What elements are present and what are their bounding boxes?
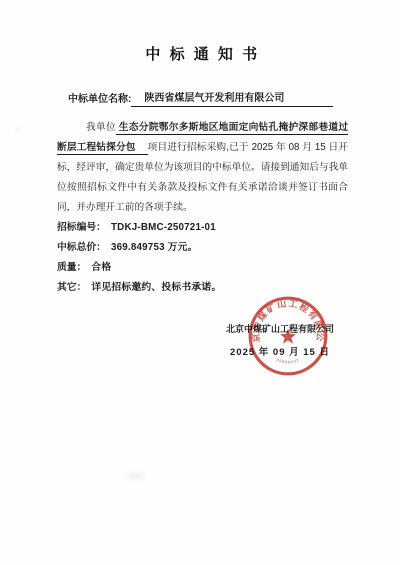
award-notice-document: 中 标 通 知 书 中标单位名称: 陕西省煤层气开发利用有限公司 我单位生态分院… [0, 0, 400, 565]
field-other: 其它：详见招标邀约、投标书承诺。 [57, 278, 348, 298]
field-list: 招标编号：TDKJ-BMC-250721-01 中标总价：369.849753 … [57, 218, 348, 298]
seal-code: 88988432 [276, 358, 301, 365]
signature-date: 2025 年 09 月 15 日 [210, 344, 350, 358]
field-quality: 质量：合格 [57, 258, 348, 278]
field-tender-number: 招标编号：TDKJ-BMC-250721-01 [57, 218, 348, 238]
field-other-label: 其它： [57, 282, 86, 293]
signature-company: 北京中煤矿山工程有限公司 [210, 322, 350, 335]
body-prefix: 我单位 [86, 122, 116, 133]
field-tender-number-value: TDKJ-BMC-250721-01 [106, 222, 216, 233]
document-content: 中 标 通 知 书 中标单位名称: 陕西省煤层气开发利用有限公司 我单位生态分院… [57, 0, 348, 298]
scan-smudge [78, 246, 100, 256]
signature-block: 北京中煤矿山工程有限公司 2025 年 09 月 15 日 [210, 322, 350, 358]
field-tender-number-label: 招标编号： [57, 222, 106, 233]
body-paragraph: 我单位生态分院鄂尔多斯地区地面定向钻孔掩护深部巷道过断层工程钻探分包项目进行招标… [57, 118, 348, 218]
scan-smudge [120, 470, 150, 482]
recipient-name: 陕西省煤层气开发利用有限公司 [131, 92, 333, 107]
svg-text:88988432: 88988432 [276, 358, 301, 365]
scan-smudge [14, 126, 22, 132]
document-title: 中 标 通 知 书 [57, 43, 348, 64]
field-quality-value: 合格 [86, 262, 111, 273]
recipient-row: 中标单位名称: 陕西省煤层气开发利用有限公司 [68, 92, 333, 107]
field-quality-label: 质量： [57, 262, 86, 273]
field-award-price-value: 369.849753 万元。 [106, 242, 198, 253]
field-other-value: 详见招标邀约、投标书承诺。 [86, 282, 221, 293]
recipient-label: 中标单位名称: [68, 93, 131, 107]
field-award-price: 中标总价：369.849753 万元。 [57, 238, 348, 258]
